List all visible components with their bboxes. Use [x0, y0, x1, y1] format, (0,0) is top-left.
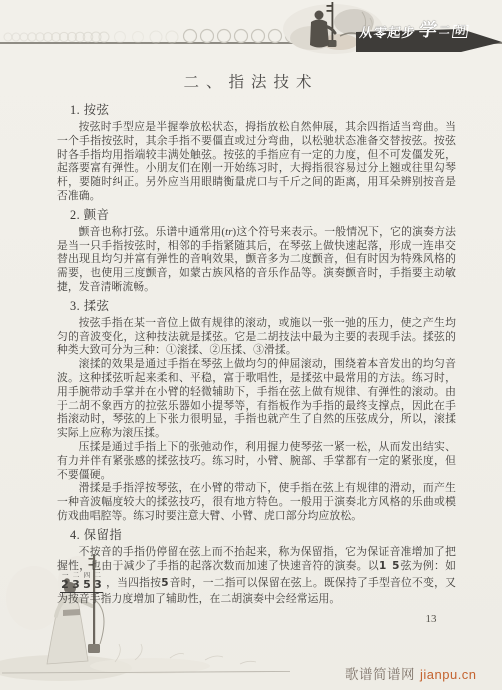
watermark-site-name: 歌谱简谱网	[345, 663, 415, 683]
section-heading-anxian: 1. 按弦	[70, 103, 456, 118]
notation-digit: 5	[83, 579, 91, 591]
paragraph-rouxian-intro: 按弦手指在某一音位上做有规律的滚动，或施以一张一弛的压力，使之产生均匀的音波变化…	[57, 317, 456, 358]
chapter-title: 二、指法技术	[0, 70, 502, 92]
banner-title: 从零起步 学 二 胡	[359, 21, 469, 39]
baoliuzhi-seg-c: ，当四指按	[106, 577, 161, 589]
banner-part-1: 从零起步	[359, 26, 417, 39]
banner-part-4: 胡	[452, 25, 468, 39]
paragraph-baoliuzhi: 不按音的手指仍停留在弦上而不抬起来，称为保留指，它为保证音准增加了把握性，也由于…	[57, 546, 456, 607]
note-five: 5	[161, 577, 169, 589]
notation-digit: 2	[61, 579, 69, 591]
banner-part-2: 学	[418, 21, 439, 39]
banner-part-3: 二	[438, 26, 451, 37]
open-strings-numbers: 1 5	[379, 560, 400, 572]
paragraph-gunrou: 滚揉的效果是通过手指在琴弦上做均匀的伸屈滚动，围绕着本音发出的均匀音波。这种揉弦…	[57, 358, 456, 441]
paragraph-anxian: 按弦时手型应是半握拳放松状态，拇指放松自然伸展，其余四指适当弯曲。当一个手指按弦…	[57, 121, 456, 204]
section-heading-baoliuzhi: 4. 保留指	[70, 528, 456, 543]
notation-digits: 2353	[60, 579, 103, 593]
jianpu-notation: 一二四二2353	[60, 573, 103, 593]
page-content: 1. 按弦 按弦时手型应是半握拳放松状态，拇指放松自然伸展，其余四指适当弯曲。当…	[57, 99, 456, 607]
notation-digit: 3	[72, 579, 80, 591]
page-number: 13	[416, 613, 446, 625]
section-heading-rouxian: 3. 揉弦	[70, 299, 456, 314]
baoliuzhi-seg-b: 弦为例：如	[400, 560, 456, 572]
site-watermark: 歌谱简谱网 jianpu.cn	[345, 663, 477, 683]
paragraph-yarou: 压揉是通过手指上下的张弛动作，利用握力使琴弦一紧一松，从而发出结实、有力并伴有紧…	[57, 441, 456, 482]
section-heading-chanyin: 2. 颤音	[70, 208, 456, 223]
paragraph-chanyin: 颤音也称打弦。乐谱中通常用(tr)这个符号来表示。一般情况下，它的演奏方法是当一…	[57, 226, 456, 295]
book-page: 从零起步 学 二 胡 二、指法技术 1. 按弦 按弦时手型应是半握拳放松状态，拇…	[0, 0, 502, 690]
notation-digit: 3	[94, 579, 102, 591]
watermark-site-url: jianpu.cn	[420, 667, 477, 682]
paragraph-huarou: 滑揉是手指浮按琴弦，在小臂的带动下，使手指在弦上有规律的滑动，而产生一种音波幅度…	[57, 482, 456, 523]
trill-symbol: tr	[225, 226, 232, 238]
chanyin-text-before: 颤音也称打弦。乐谱中通常用(	[79, 226, 226, 238]
